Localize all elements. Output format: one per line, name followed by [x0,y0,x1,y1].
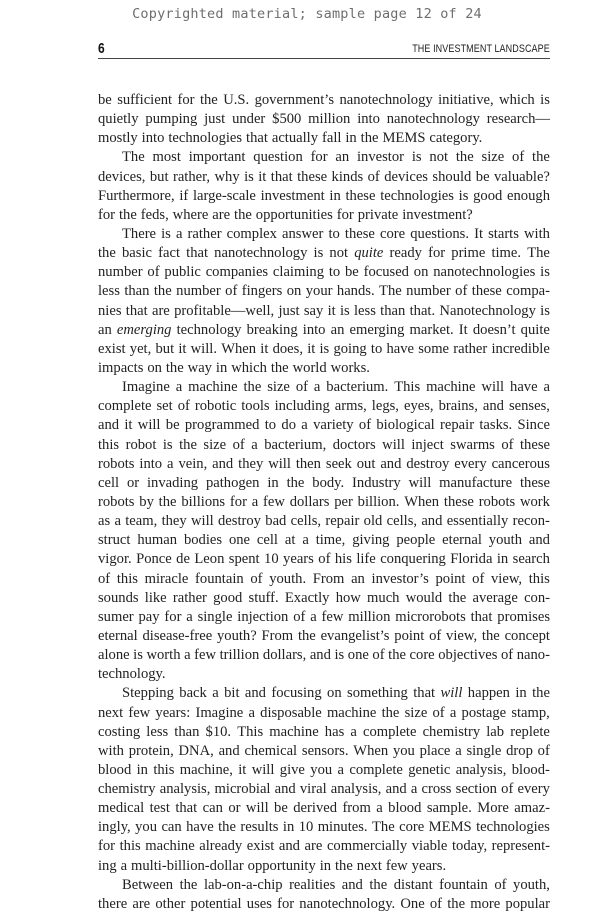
text-line: forthismachinealreadyexistandarecommerci… [98,837,550,856]
running-header: 6 THE INVESTMENT LANDSCAPE [98,40,550,59]
text-line: costinglessthan$10.Thismachinehasacomple… [98,723,550,742]
paragraph: Thereisarathercomplexanswertothesecorequ… [98,225,550,378]
text-line: thisrobotisthesizeofabacterium,doctorswi… [98,436,550,455]
text-line: numberofpubliccompaniesclaimingtobefocus… [98,263,550,282]
text-line: nextfewyears:Imagineadisposablemachineth… [98,704,550,723]
text-line: niesthatareprofitable—well,justsayitisle… [98,302,550,321]
text-line: Betweenthelab-on-a-chiprealitiesandthedi… [98,876,550,895]
text-line: ofthismiraclefountainofyouth.Fromaninves… [98,570,550,589]
text-line: eternaldisease-freeyouth?Fromtheevangeli… [98,627,550,646]
copyright-watermark: Copyrighted material; sample page 12 of … [0,6,614,22]
text-line: medicaltestthatcanorwillbederivedfromabl… [98,799,550,818]
text-line: thereareotherpotentialusesfornanotechnol… [98,895,550,914]
paragraph: Imagineamachinethesizeofabacterium.Thism… [98,378,550,684]
text-line: existyet,butitwill.Whenitdoes,itisgoingt… [98,340,550,359]
text-line: Thereisarathercomplexanswertothesecorequ… [98,225,550,244]
text-line: impactsonthewayinwhichtheworldworks. [98,359,550,378]
text-line: technology. [98,665,550,684]
text-line: vigor.PoncedeLeonspent10yearsofhislifeco… [98,550,550,569]
text-line: lessthanthenumberoffingersonyourhands.Th… [98,282,550,301]
paragraph: besufficientfortheU.S.government’snanote… [98,91,550,148]
paragraph: Themostimportantquestionforaninvestorisn… [98,148,550,225]
text-line: asateam,theywilldestroybadcells,repairol… [98,512,550,531]
text-line: bloodinthismachine,itwillgiveyouacomplet… [98,761,550,780]
running-title: THE INVESTMENT LANDSCAPE [412,43,550,55]
text-line: cellorinvadingpathogeninthebody.Industry… [98,474,550,493]
paragraph: Betweenthelab-on-a-chiprealitiesandthedi… [98,876,550,914]
text-line: forthefeds,wherearetheopportunitiesforpr… [98,206,550,225]
text-line: soundslikerathergoodstuff.Exactlyhowmuch… [98,589,550,608]
text-line: ingly,youcanhavetheresultsin10minutes.Th… [98,818,550,837]
text-line: devices,butrather,whyisitthatthesekindso… [98,168,550,187]
text-line: Furthermore,iflarge-scaleinvestmentinthe… [98,187,550,206]
text-line: chemistryanalysis,microbialandviralanaly… [98,780,550,799]
text-line: aloneisworthafewtrilliondollars,andisone… [98,646,550,665]
text-line: structhumanbodiesonecellatatime,givingpe… [98,531,550,550]
text-line: besufficientfortheU.S.government’snanote… [98,91,550,110]
text-line: anemergingtechnologybreakingintoanemergi… [98,321,550,340]
text-line: Themostimportantquestionforaninvestorisn… [98,148,550,167]
paragraph: Steppingbackabitandfocusingonsomethingth… [98,684,550,875]
text-line: withprotein,DNA,andchemicalsensors.Wheny… [98,742,550,761]
text-line: robotsbythebillionsforafewdollarsperbill… [98,493,550,512]
page-number: 6 [98,40,105,57]
text-line: completesetofrobotictoolsincludingarms,l… [98,397,550,416]
text-line: mostlyintotechnologiesthatactuallyfallin… [98,129,550,148]
text-line: anditwillbeprogrammedtodoavarietyofbiolo… [98,416,550,435]
text-line: Steppingbackabitandfocusingonsomethingth… [98,684,550,703]
text-line: thebasicfactthatnanotechnologyisnotquite… [98,244,550,263]
text-line: ingamulti-billion-dollaropportunityinthe… [98,857,550,876]
text-line: quietlypumpingjustunder$500millionintona… [98,110,550,129]
body-text: besufficientfortheU.S.government’snanote… [98,91,550,914]
text-line: sumerpayforasingleinjectionofafewmillion… [98,608,550,627]
text-line: Imagineamachinethesizeofabacterium.Thism… [98,378,550,397]
text-line: robotsintoavein,andtheywillthenseekoutan… [98,455,550,474]
